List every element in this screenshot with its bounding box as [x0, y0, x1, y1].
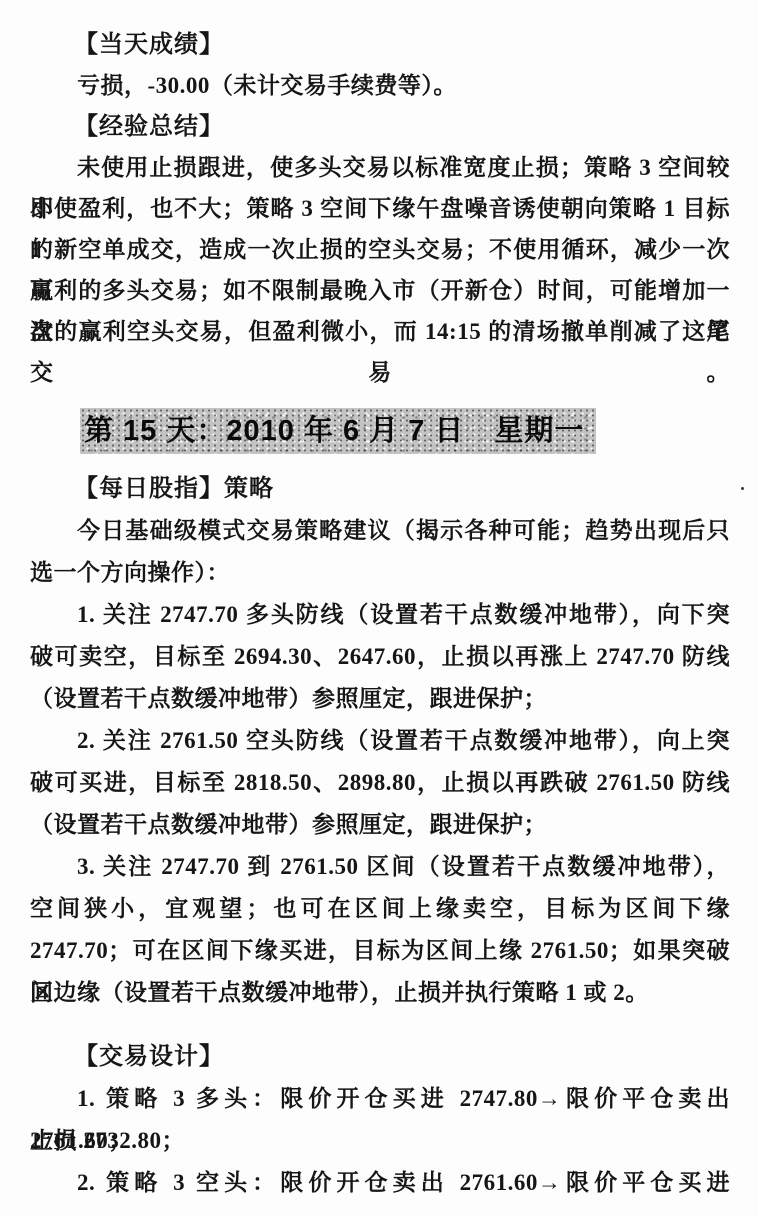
bracket-heading-daily-strategy: 【每日股指】策略	[30, 468, 730, 510]
text-line: 2. 关注 2761.50 空头防线（设置若干点数缓冲地带），向上突	[30, 720, 730, 762]
text-line: 2747.70；可在区间下缘买进，目标为区间上缘 2761.50；如果突破区	[30, 930, 730, 972]
text-line: 破可卖空，目标至 2694.30、2647.60，止损以再涨上 2747.70 …	[30, 636, 730, 678]
text-line: 2. 策略 3 空头：限价开仓卖出 2761.60→限价平仓买进 2747.80…	[30, 1162, 730, 1204]
text-line: 1. 策略 3 多头：限价开仓买进 2747.80→限价平仓卖出 2761.60…	[30, 1078, 730, 1120]
bracket-heading-results: 【当天成绩】	[30, 24, 730, 65]
section-day-results: 【当天成绩】 亏损，-30.00（未计交易手续费等）。 【经验总结】 未使用止损…	[30, 24, 730, 352]
day-heading-row: 第 15 天：2010 年 6 月 7 日 星期一	[30, 408, 730, 456]
text-line: 空间狭小，宜观望；也可在区间上缘卖空，目标为区间下缘	[30, 888, 730, 930]
text-line: 1. 关注 2747.70 多头防线（设置若干点数缓冲地带），向下突	[30, 594, 730, 636]
text-line: 间边缘（设置若干点数缓冲地带），止损并执行策略 1 或 2。	[30, 972, 730, 1014]
text-line: 亏损，-30.00（未计交易手续费等）。	[30, 65, 730, 106]
text-line: 止损 2732.80；	[30, 1120, 730, 1162]
text-line: 选一个方向操作）：	[30, 552, 730, 594]
text-line: 即使盈利，也不大；策略 3 空间下缘午盘噪音诱使朝向策略 1 目标 1	[30, 188, 730, 229]
document-page: 【当天成绩】 亏损，-30.00（未计交易手续费等）。 【经验总结】 未使用止损…	[0, 0, 758, 1216]
text-line: 赢利的多头交易；如不限制最晚入市（开新仓）时间，可能增加一次尾	[30, 270, 730, 311]
text-line: 盘的赢利空头交易，但盈利微小，而 14:15 的清场撤单削减了这笔交易。	[30, 311, 730, 352]
text-line: （设置若干点数缓冲地带）参照厘定，跟进保护；	[30, 804, 730, 846]
text-line: 的新空单成交，造成一次止损的空头交易；不使用循环，减少一次可	[30, 229, 730, 270]
day-heading: 第 15 天：2010 年 6 月 7 日 星期一	[80, 408, 596, 454]
text-line: 未使用止损跟进，使多头交易以标准宽度止损；策略 3 空间较小，	[30, 147, 730, 188]
bracket-heading-trade-design: 【交易设计】	[30, 1036, 730, 1078]
text-line: 今日基础级模式交易策略建议（揭示各种可能；趋势出现后只	[30, 510, 730, 552]
text-line: 破可买进，目标至 2818.50、2898.80，止损以再跌破 2761.50 …	[30, 762, 730, 804]
text-line: 3. 关注 2747.70 到 2761.50 区间（设置若干点数缓冲地带），	[30, 846, 730, 888]
section-trade-design: 【交易设计】 1. 策略 3 多头：限价开仓买进 2747.80→限价平仓卖出 …	[30, 1036, 730, 1204]
bracket-heading-summary: 【经验总结】	[30, 106, 730, 147]
scan-artifact-dot	[741, 487, 744, 490]
section-daily-strategy: 【每日股指】策略 今日基础级模式交易策略建议（揭示各种可能；趋势出现后只 选一个…	[30, 468, 730, 1014]
text-line: （设置若干点数缓冲地带）参照厘定，跟进保护；	[30, 678, 730, 720]
